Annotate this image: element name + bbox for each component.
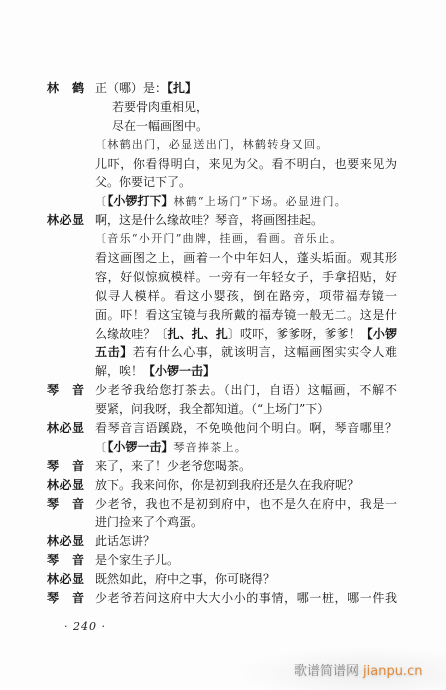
script-line: 么缘故哇？〔扎、扎、扎〕哎吓，爹爹呀，爹爹！【小锣 bbox=[0, 325, 446, 344]
text-segment: 〔 bbox=[95, 195, 107, 208]
script-line: 〔林鹤出门，必显送出门，林鹤转身又回。 bbox=[0, 136, 446, 155]
music-cue: 【小锣一击】 bbox=[107, 440, 173, 454]
script-line: 五击】若有什么心事，就该明言，这幅画图实实令人难 bbox=[0, 343, 446, 362]
script-line: 琴 音 来了，来了！少老爷您喝茶。 bbox=[0, 457, 446, 476]
script-line: 要紧，问我呀，我全都知道。（“上场门”下） bbox=[0, 400, 446, 419]
watermark-site-name: 歌谱简谱网 bbox=[294, 664, 359, 679]
script-line: 林必显 既然如此，府中之事，你可晓得？ bbox=[0, 570, 446, 589]
speaker-name: 林必显 bbox=[47, 532, 84, 551]
speaker-name: 林必显 bbox=[47, 476, 84, 495]
script-page-body: 林 鹤 正（哪）是：【扎】 若要骨肉重相见， 尽在一幅画图中。 〔林鹤出门，必显… bbox=[0, 79, 446, 608]
music-cue: 【小锣 bbox=[361, 327, 397, 341]
text-segment: 面。吓！看这宝镜与我所戴的福寿镜一般无二。这是什 bbox=[95, 308, 397, 322]
watermark: 歌谱简谱网jianpu.cn bbox=[294, 664, 422, 680]
text-segment: 少老爷我给您打茶去。（出门，自语）这幅画，不解不 bbox=[95, 383, 397, 397]
script-line: 林 鹤 正（哪）是：【扎】 bbox=[0, 79, 446, 98]
line-text: 似寻人模样。看这小婴孩，倒在路旁，项带福寿镜一 bbox=[95, 287, 397, 306]
text-segment: 正（哪）是： bbox=[95, 81, 167, 95]
speaker-name: 林 鹤 bbox=[47, 79, 84, 98]
text-segment: 是个家生子儿。 bbox=[95, 553, 179, 567]
text-segment: 尽在一幅画图中。 bbox=[112, 119, 208, 133]
music-cue: 五击】 bbox=[95, 345, 133, 359]
text-segment: 要紧，问我呀，我全都知道。（“上场门”下） bbox=[95, 402, 329, 416]
text-segment: 琴音捧茶上。 bbox=[173, 441, 247, 454]
speaker-name: 琴 音 bbox=[47, 551, 84, 570]
text-segment: 若要骨肉重相见， bbox=[112, 100, 208, 114]
script-line: 父。你要记下了。 bbox=[0, 173, 446, 192]
stage-direction: 〔音乐“小开门”曲牌，挂画，看画。音乐止。 bbox=[95, 230, 397, 249]
music-cue: 【小锣一击】 bbox=[143, 364, 215, 378]
line-text: 进门捡来了个鸡蛋。 bbox=[95, 513, 397, 532]
verse-line: 若要骨肉重相见， bbox=[112, 98, 397, 117]
script-line: 林必显 看琴音言语蹊跷，不免唤他问个明白。啊，琴音哪里？ bbox=[0, 419, 446, 438]
script-line: 看这画图之上，画着一个中年妇人，蓬头垢面。观其形 bbox=[0, 249, 446, 268]
script-line: 尽在一幅画图中。 bbox=[0, 117, 446, 136]
stage-direction: 〔【小锣打下】林鹤“上场门”下场。必显进门。 bbox=[95, 192, 397, 212]
text-segment: 〔林鹤出门，必显送出门，林鹤转身又回。 bbox=[95, 138, 329, 151]
stage-direction: 〔【小锣一击】琴音捧茶上。 bbox=[95, 438, 397, 458]
script-line: 容，好似惊疯模样。一旁有一年轻女子，手拿招贴，好 bbox=[0, 268, 446, 287]
script-line: 解，唉！【小锣一击】 bbox=[0, 362, 446, 381]
line-text: 看琴音言语蹊跷，不免唤他问个明白。啊，琴音哪里？ bbox=[95, 419, 397, 438]
speaker-name: 林必显 bbox=[47, 211, 84, 230]
text-segment: 〔 bbox=[95, 441, 107, 454]
speaker-name: 琴 音 bbox=[47, 381, 84, 400]
script-line: 林必显 放下。我来问你，你是初到我府还是久在我府呢？ bbox=[0, 476, 446, 495]
line-text: 看这画图之上，画着一个中年妇人，蓬头垢面。观其形 bbox=[95, 249, 397, 268]
line-text: 既然如此，府中之事，你可晓得？ bbox=[95, 570, 397, 589]
script-line: 儿吓，你看得明白，来见为父。看不明白，也要来见为 bbox=[0, 155, 446, 174]
script-line: 似寻人模样。看这小婴孩，倒在路旁，项带福寿镜一 bbox=[0, 287, 446, 306]
script-line: 琴 音 少老爷我给您打茶去。（出门，自语）这幅画，不解不 bbox=[0, 381, 446, 400]
script-line: 进门捡来了个鸡蛋。 bbox=[0, 513, 446, 532]
line-text: 面。吓！看这宝镜与我所戴的福寿镜一般无二。这是什 bbox=[95, 306, 397, 325]
line-text: 少老爷若问这府中大大小小的事情，哪一桩，哪一件我 bbox=[95, 589, 397, 608]
line-text: 解，唉！【小锣一击】 bbox=[95, 362, 397, 381]
line-text: 五击】若有什么心事，就该明言，这幅画图实实令人难 bbox=[95, 343, 397, 362]
line-text: 儿吓，你看得明白，来见为父。看不明白，也要来见为 bbox=[95, 155, 397, 174]
line-text: 要紧，问我呀，我全都知道。（“上场门”下） bbox=[95, 400, 397, 419]
script-line: 面。吓！看这宝镜与我所戴的福寿镜一般无二。这是什 bbox=[0, 306, 446, 325]
script-line: 〔【小锣打下】林鹤“上场门”下场。必显进门。 bbox=[0, 192, 446, 211]
verse-line: 尽在一幅画图中。 bbox=[112, 117, 397, 136]
script-line: 琴 音 少老爷若问这府中大大小小的事情，哪一桩，哪一件我 bbox=[0, 589, 446, 608]
page-number: · 240 · bbox=[64, 620, 106, 633]
text-segment: 父。你要记下了。 bbox=[95, 175, 191, 189]
line-text: 父。你要记下了。 bbox=[95, 173, 397, 192]
text-segment: 解，唉！ bbox=[95, 364, 143, 378]
script-line: 若要骨肉重相见， bbox=[0, 98, 446, 117]
script-line: 琴 音 是个家生子儿。 bbox=[0, 551, 446, 570]
line-text: 容，好似惊疯模样。一旁有一年轻女子，手拿招贴，好 bbox=[95, 268, 397, 287]
percussion-cue: 扎、扎、扎 bbox=[168, 327, 228, 341]
text-segment: 此话怎讲？ bbox=[95, 534, 155, 548]
music-cue: 【扎】 bbox=[167, 81, 197, 95]
line-text: 么缘故哇？〔扎、扎、扎〕哎吓，爹爹呀，爹爹！【小锣 bbox=[95, 325, 397, 344]
text-segment: 啊，这是什么缘故哇？琴音，将画图挂起。 bbox=[95, 213, 323, 227]
speaker-name: 琴 音 bbox=[47, 457, 84, 476]
text-segment: 来了，来了！少老爷您喝茶。 bbox=[95, 459, 251, 473]
script-line: 〔音乐“小开门”曲牌，挂画，看画。音乐止。 bbox=[0, 230, 446, 249]
text-segment: 儿吓，你看得明白，来见为父。看不明白，也要来见为 bbox=[95, 157, 397, 171]
text-segment: 林鹤“上场门”下场。必显进门。 bbox=[173, 195, 347, 208]
music-cue: 【小锣打下】 bbox=[107, 194, 173, 208]
text-segment: 似寻人模样。看这小婴孩，倒在路旁，项带福寿镜一 bbox=[95, 289, 397, 303]
speaker-name: 琴 音 bbox=[47, 495, 84, 514]
text-segment: 看琴音言语蹊跷，不免唤他问个明白。啊，琴音哪里？ bbox=[95, 421, 397, 435]
text-segment: 少老爷，我也不是初到府中，也不是久在府中，我是一 bbox=[95, 497, 397, 511]
text-segment: 〕哎吓，爹爹呀，爹爹！ bbox=[228, 327, 361, 341]
script-line: 〔【小锣一击】琴音捧茶上。 bbox=[0, 438, 446, 457]
script-line: 林必显 此话怎讲？ bbox=[0, 532, 446, 551]
text-segment: 若有什么心事，就该明言，这幅画图实实令人难 bbox=[133, 345, 397, 359]
script-line: 琴 音 少老爷，我也不是初到府中，也不是久在府中，我是一 bbox=[0, 495, 446, 514]
line-text: 是个家生子儿。 bbox=[95, 551, 397, 570]
text-segment: 进门捡来了个鸡蛋。 bbox=[95, 515, 203, 529]
line-text: 少老爷，我也不是初到府中，也不是久在府中，我是一 bbox=[95, 495, 397, 514]
speaker-name: 琴 音 bbox=[47, 589, 84, 608]
line-text: 少老爷我给您打茶去。（出门，自语）这幅画，不解不 bbox=[95, 381, 397, 400]
text-segment: 放下。我来问你，你是初到我府还是久在我府呢？ bbox=[95, 478, 359, 492]
text-segment: 么缘故哇？〔 bbox=[95, 327, 168, 341]
speaker-name: 林必显 bbox=[47, 419, 84, 438]
text-segment: 既然如此，府中之事，你可晓得？ bbox=[95, 572, 275, 586]
text-segment: 看这画图之上，画着一个中年妇人，蓬头垢面。观其形 bbox=[95, 251, 397, 265]
text-segment: 容，好似惊疯模样。一旁有一年轻女子，手拿招贴，好 bbox=[95, 270, 397, 284]
line-text: 放下。我来问你，你是初到我府还是久在我府呢？ bbox=[95, 476, 397, 495]
line-text: 啊，这是什么缘故哇？琴音，将画图挂起。 bbox=[95, 211, 397, 230]
watermark-domain: jianpu.cn bbox=[363, 664, 422, 679]
line-text: 来了，来了！少老爷您喝茶。 bbox=[95, 457, 397, 476]
stage-direction: 〔林鹤出门，必显送出门，林鹤转身又回。 bbox=[95, 136, 397, 155]
text-segment: 〔音乐“小开门”曲牌，挂画，看画。音乐止。 bbox=[95, 232, 343, 245]
line-text: 正（哪）是：【扎】 bbox=[95, 79, 397, 98]
script-line: 林必显 啊，这是什么缘故哇？琴音，将画图挂起。 bbox=[0, 211, 446, 230]
speaker-name: 林必显 bbox=[47, 570, 84, 589]
text-segment: 少老爷若问这府中大大小小的事情，哪一桩，哪一件我 bbox=[95, 591, 397, 605]
line-text: 此话怎讲？ bbox=[95, 532, 397, 551]
